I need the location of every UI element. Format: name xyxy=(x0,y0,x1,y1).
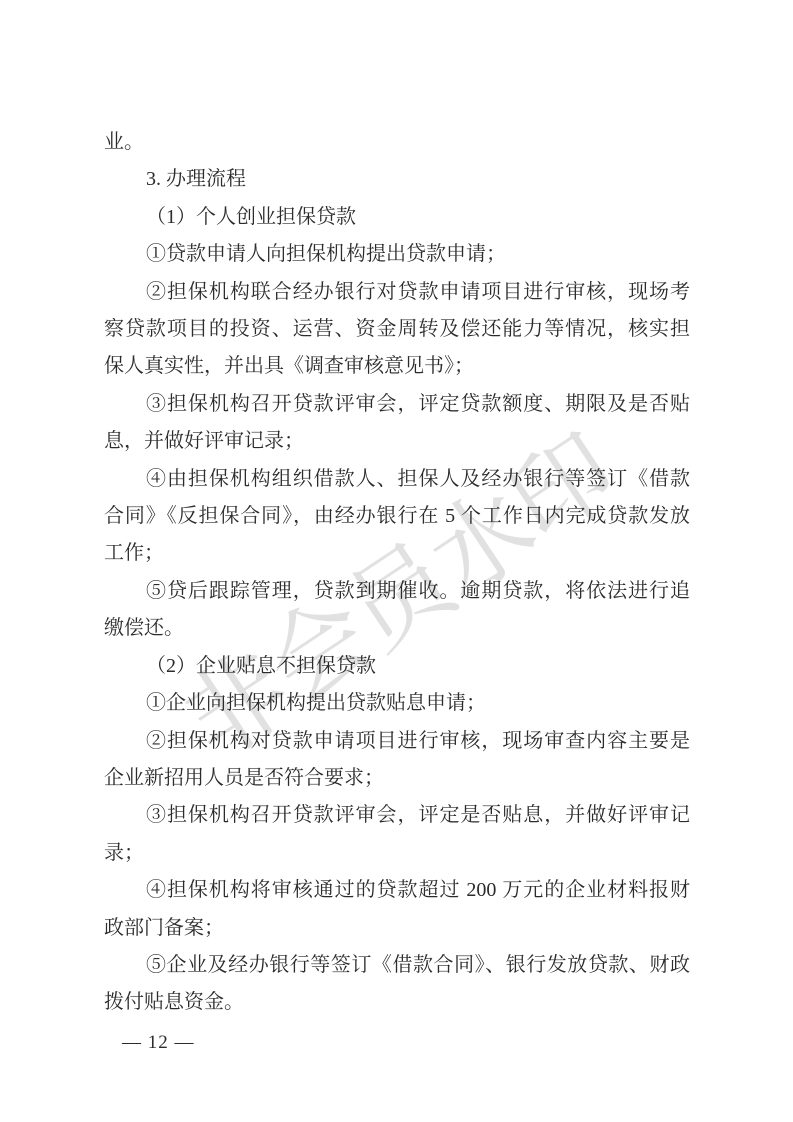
text-line: （1）个人创业担保贷款 xyxy=(104,199,690,236)
text-line: 录； xyxy=(104,835,690,872)
text-line: ④由担保机构组织借款人、担保人及经办银行等签订《借款 xyxy=(104,461,690,498)
text-line: ①企业向担保机构提出贷款贴息申请； xyxy=(104,685,690,722)
text-line: 拨付贴息资金。 xyxy=(104,984,690,1021)
text-line: 业。 xyxy=(104,124,690,161)
text-line: ③担保机构召开贷款评审会，评定贷款额度、期限及是否贴 xyxy=(104,386,690,423)
text-line: 息，并做好评审记录； xyxy=(104,423,690,460)
text-line: ⑤企业及经办银行等签订《借款合同》、银行发放贷款、财政 xyxy=(104,947,690,984)
page-number: — 12 — xyxy=(122,1032,195,1054)
text-line: （2）企业贴息不担保贷款 xyxy=(104,648,690,685)
text-line: 缴偿还。 xyxy=(104,610,690,647)
text-line: ⑤贷后跟踪管理，贷款到期催收。逾期贷款，将依法进行追 xyxy=(104,573,690,610)
text-line: ①贷款申请人向担保机构提出贷款申请； xyxy=(104,236,690,273)
text-line: ③担保机构召开贷款评审会，评定是否贴息，并做好评审记 xyxy=(104,797,690,834)
text-line: 察贷款项目的投资、运营、资金周转及偿还能力等情况，核实担 xyxy=(104,311,690,348)
text-line: ②担保机构对贷款申请项目进行审核，现场审查内容主要是 xyxy=(104,723,690,760)
document-page: 非会员水印 业。3. 办理流程（1）个人创业担保贷款①贷款申请人向担保机构提出贷… xyxy=(0,0,793,1122)
document-body: 业。3. 办理流程（1）个人创业担保贷款①贷款申请人向担保机构提出贷款申请；②担… xyxy=(104,124,690,1022)
text-line: 政部门备案； xyxy=(104,910,690,947)
text-line: 企业新招用人员是否符合要求； xyxy=(104,760,690,797)
text-line: ④担保机构将审核通过的贷款超过 200 万元的企业材料报财 xyxy=(104,872,690,909)
text-line: 保人真实性，并出具《调查审核意见书》； xyxy=(104,348,690,385)
text-line: 3. 办理流程 xyxy=(104,161,690,198)
text-line: 工作； xyxy=(104,535,690,572)
text-line: 合同》《反担保合同》，由经办银行在 5 个工作日内完成贷款发放 xyxy=(104,498,690,535)
text-line: ②担保机构联合经办银行对贷款申请项目进行审核，现场考 xyxy=(104,274,690,311)
